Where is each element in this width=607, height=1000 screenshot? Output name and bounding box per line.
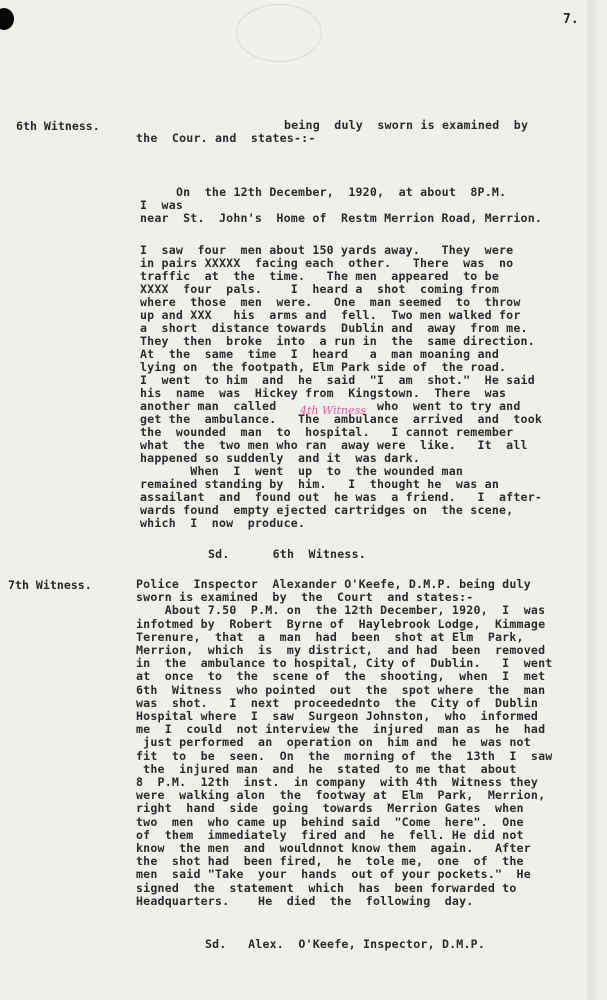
document-page: 7. 6th Witness. being duly sworn is exam… xyxy=(0,0,607,1000)
statement-line: men said "Take your hands out of your po… xyxy=(136,868,531,881)
statement-line: On the 12th December, 1920, at about 8P.… xyxy=(176,186,506,199)
statement-line: in the ambulance to hospital, City of Du… xyxy=(136,657,552,670)
statement-line: 6th Witness who pointed out the spot whe… xyxy=(136,684,545,697)
statement-line: the injured man and he stated to me that… xyxy=(136,763,517,776)
statement-line: which I now produce. xyxy=(140,517,305,530)
statement-line: About 7.50 P.M. on the 12th December, 19… xyxy=(136,604,545,617)
statement-line: two men who came up behind said "Come he… xyxy=(136,816,524,829)
statement-line: Merrion, which is my district, and had b… xyxy=(136,644,545,657)
statement-line: fit to be seen. On the morning of the 13… xyxy=(136,750,552,763)
statement-line: me I could not interview the injured man… xyxy=(136,723,545,736)
statement-line: of them immediately fired and he fell. H… xyxy=(136,829,524,842)
punch-hole xyxy=(0,8,14,30)
statement-line: near St. John's Home of Restm Merrion Ro… xyxy=(140,212,542,225)
page-number: 7. xyxy=(563,12,579,27)
statement-line: the shot had been fired, he tole me, one… xyxy=(136,855,524,868)
witness-6-intro-line-1: being duly sworn is examined by xyxy=(284,119,528,132)
statement-line: just performed an operation on him and h… xyxy=(136,736,531,749)
statement-line: at once to the scene of the shooting, wh… xyxy=(136,670,545,683)
statement-line: was shot. I next proceedednto the City o… xyxy=(136,697,538,710)
embossed-stamp xyxy=(236,4,322,62)
statement-line: signed the statement which has been forw… xyxy=(136,882,517,895)
statement-line: Headquarters. He died the following day. xyxy=(136,895,473,908)
statement-line: were walking alon the footway at Elm Par… xyxy=(136,789,545,802)
statement-line: Police Inspector Alexander O'Keefe, D.M.… xyxy=(136,578,531,591)
witness-6-signature: Sd. 6th Witness. xyxy=(208,548,366,561)
statement-line: know the men and wouldnnot know them aga… xyxy=(136,842,531,855)
statement-line: 8 P.M. 12th inst. in company with 4th Wi… xyxy=(136,776,538,789)
statement-line: right hand side going towards Merrion Ga… xyxy=(136,802,524,815)
handwritten-annotation: 4th Witness xyxy=(300,404,366,417)
witness-7-label: 7th Witness. xyxy=(8,578,92,592)
witness-6-intro-line-2: the Cour. and states-:- xyxy=(136,132,316,145)
statement-line: Hospital where I saw Surgeon Johnston, w… xyxy=(136,710,538,723)
witness-7-signature: Sd. Alex. O'Keefe, Inspector, D.M.P. xyxy=(205,938,485,951)
witness-6-label: 6th Witness. xyxy=(16,119,100,133)
statement-line: infotmed by Robert Byrne of Haylebrook L… xyxy=(136,618,545,631)
statement-line: sworn is examined by the Court and state… xyxy=(136,591,473,604)
statement-line: Terenure, that a man had been shot at El… xyxy=(136,631,524,644)
